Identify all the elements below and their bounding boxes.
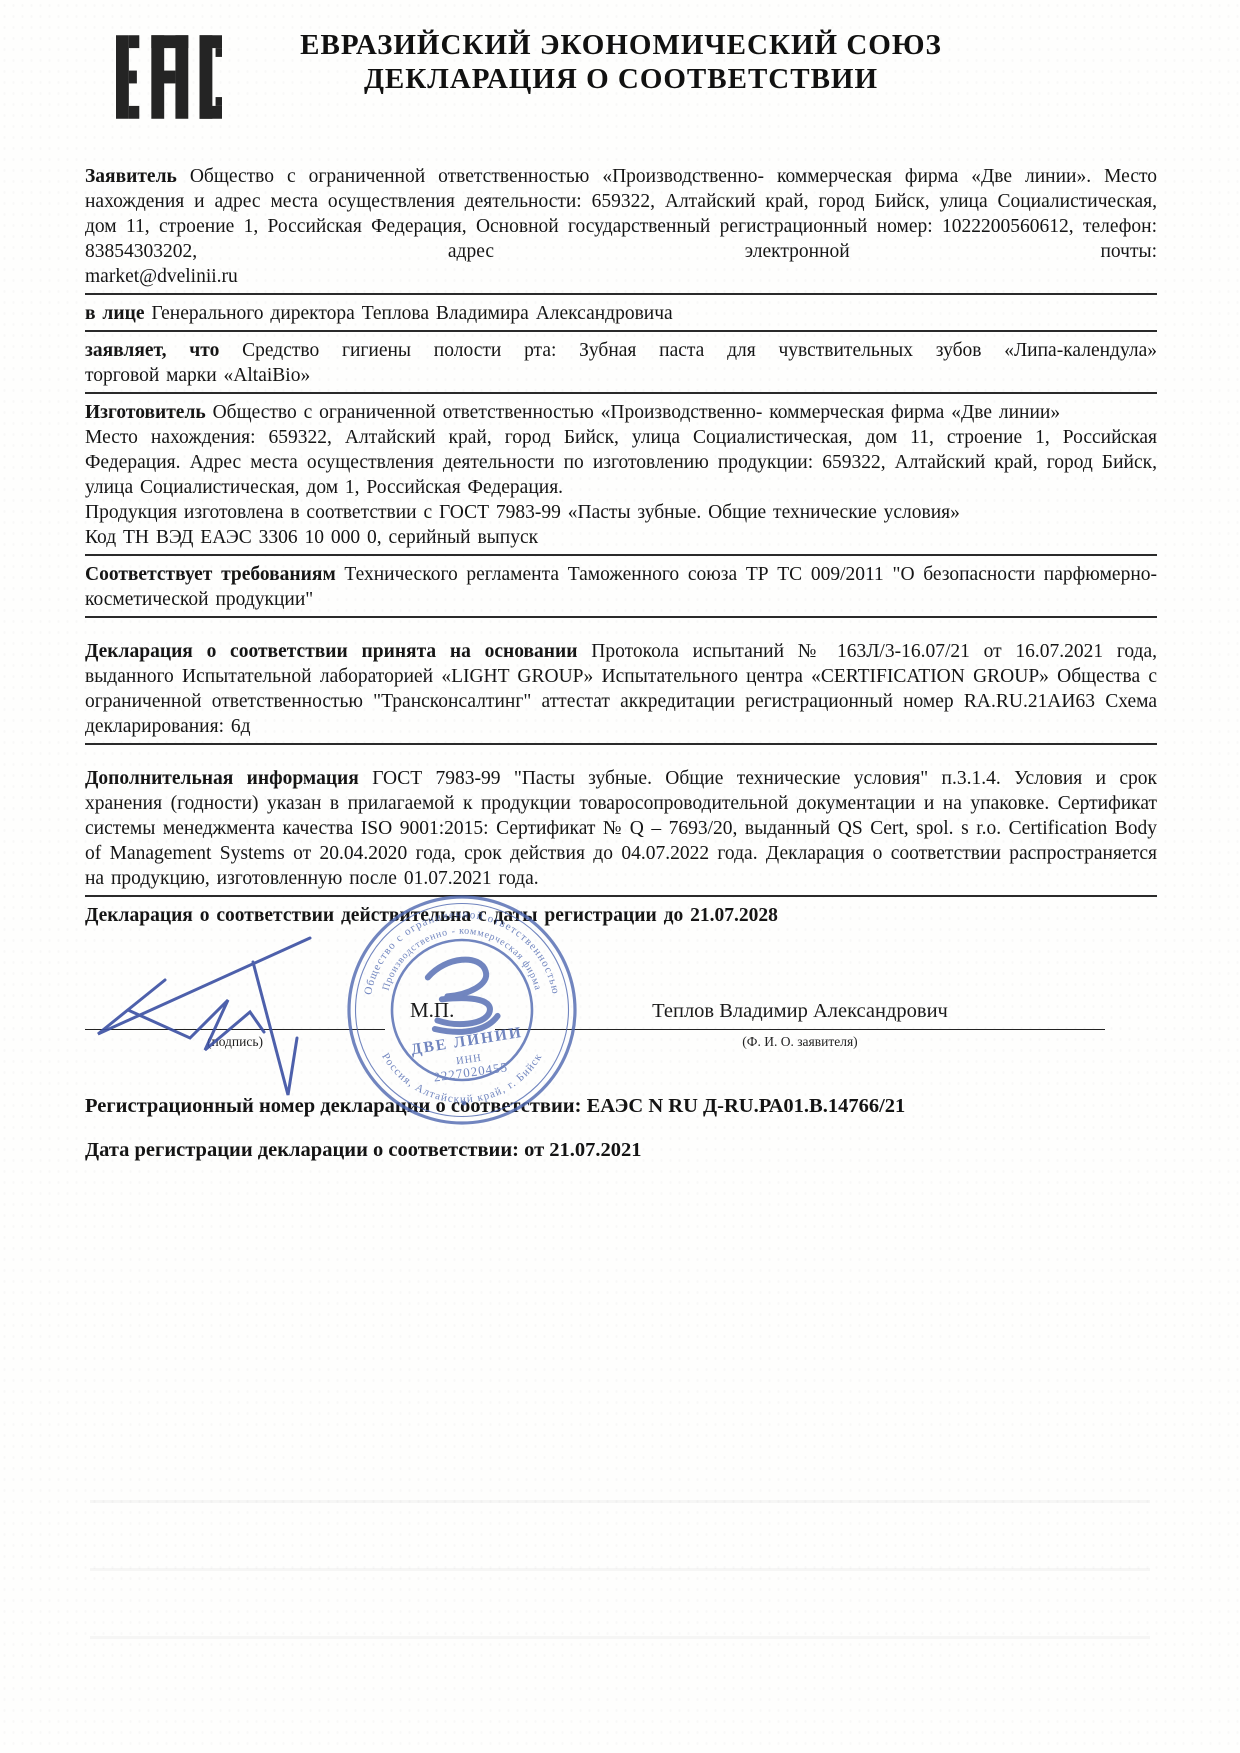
stamp-bottom-dot (462, 1101, 467, 1106)
declaration-document: ЕВРАЗИЙСКИЙ ЭКОНОМИЧЕСКИЙ СОЮЗ ДЕКЛАРАЦИ… (0, 0, 1240, 1753)
basis-label: Декларация о соответствии принята на осн… (85, 641, 578, 662)
manufacturer-tnved: Код ТН ВЭД ЕАЭС 3306 10 000 0, серийный … (85, 525, 1157, 550)
declares-text-2: торговой марки «AltaiBio» (85, 363, 1157, 388)
manufacturer-text: Общество с ограниченной ответственностью… (213, 402, 1061, 423)
section-complies-with: Соответствует требованиям Технического р… (85, 556, 1157, 618)
represented-by-text: Генерального директора Теплова Владимира… (151, 303, 672, 324)
applicant-fullname: Теплов Владимир Александрович (495, 1000, 1105, 1023)
section-represented-by: в лице Генерального директора Теплова Вл… (85, 295, 1157, 332)
section-manufacturer: Изготовитель Общество с ограниченной отв… (85, 394, 1157, 556)
title-line-2: ДЕКЛАРАЦИЯ О СООТВЕТСТВИИ (85, 62, 1157, 96)
section-applicant: Заявитель Общество с ограниченной ответс… (85, 158, 1157, 295)
title-line-1: ЕВРАЗИЙСКИЙ ЭКОНОМИЧЕСКИЙ СОЮЗ (85, 28, 1157, 62)
scan-artifact-band (90, 1500, 1150, 1503)
company-stamp: Общество с ограниченной ответственностью… (343, 891, 581, 1129)
manufacturer-address: Место нахождения: 659322, Алтайский край… (85, 425, 1157, 500)
registration-date-line: Дата регистрации декларации о соответств… (85, 1139, 1157, 1162)
scan-artifact-band (90, 1636, 1150, 1639)
registration-date-value: от 21.07.2021 (524, 1139, 641, 1161)
additional-info-label: Дополнительная информация (85, 768, 359, 789)
registration-number-value: ЕАЭС N RU Д-RU.РА01.В.14766/21 (587, 1095, 906, 1117)
declares-text: Средство гигиены полости рта: Зубная пас… (242, 340, 1157, 361)
manufacturer-label: Изготовитель (85, 402, 206, 423)
scan-artifact-band (90, 1568, 1150, 1571)
applicant-text: Общество с ограниченной ответственностью… (85, 166, 1157, 262)
document-body: Заявитель Общество с ограниченной ответс… (85, 158, 1157, 932)
document-title: ЕВРАЗИЙСКИЙ ЭКОНОМИЧЕСКИЙ СОЮЗ ДЕКЛАРАЦИ… (85, 28, 1157, 96)
registration-date-label: Дата регистрации декларации о соответств… (85, 1139, 519, 1161)
applicant-email: market@dvelinii.ru (85, 264, 1157, 289)
declares-label: заявляет, что (85, 340, 219, 361)
section-basis: Декларация о соответствии принята на осн… (85, 633, 1157, 745)
fullname-caption: (Ф. И. О. заявителя) (495, 1034, 1105, 1050)
fio-line (495, 1029, 1105, 1030)
complies-label: Соответствует требованиям (85, 564, 336, 585)
section-declares: заявляет, что Средство гигиены полости р… (85, 332, 1157, 394)
represented-by-label: в лице (85, 303, 144, 324)
section-additional-info: Дополнительная информация ГОСТ 7983-99 "… (85, 760, 1157, 897)
manufacturer-gost: Продукция изготовлена в соответствии с Г… (85, 500, 1157, 525)
handwritten-signature (60, 920, 350, 1110)
stamp-center-logo (424, 955, 499, 1037)
applicant-label: Заявитель (85, 166, 177, 187)
